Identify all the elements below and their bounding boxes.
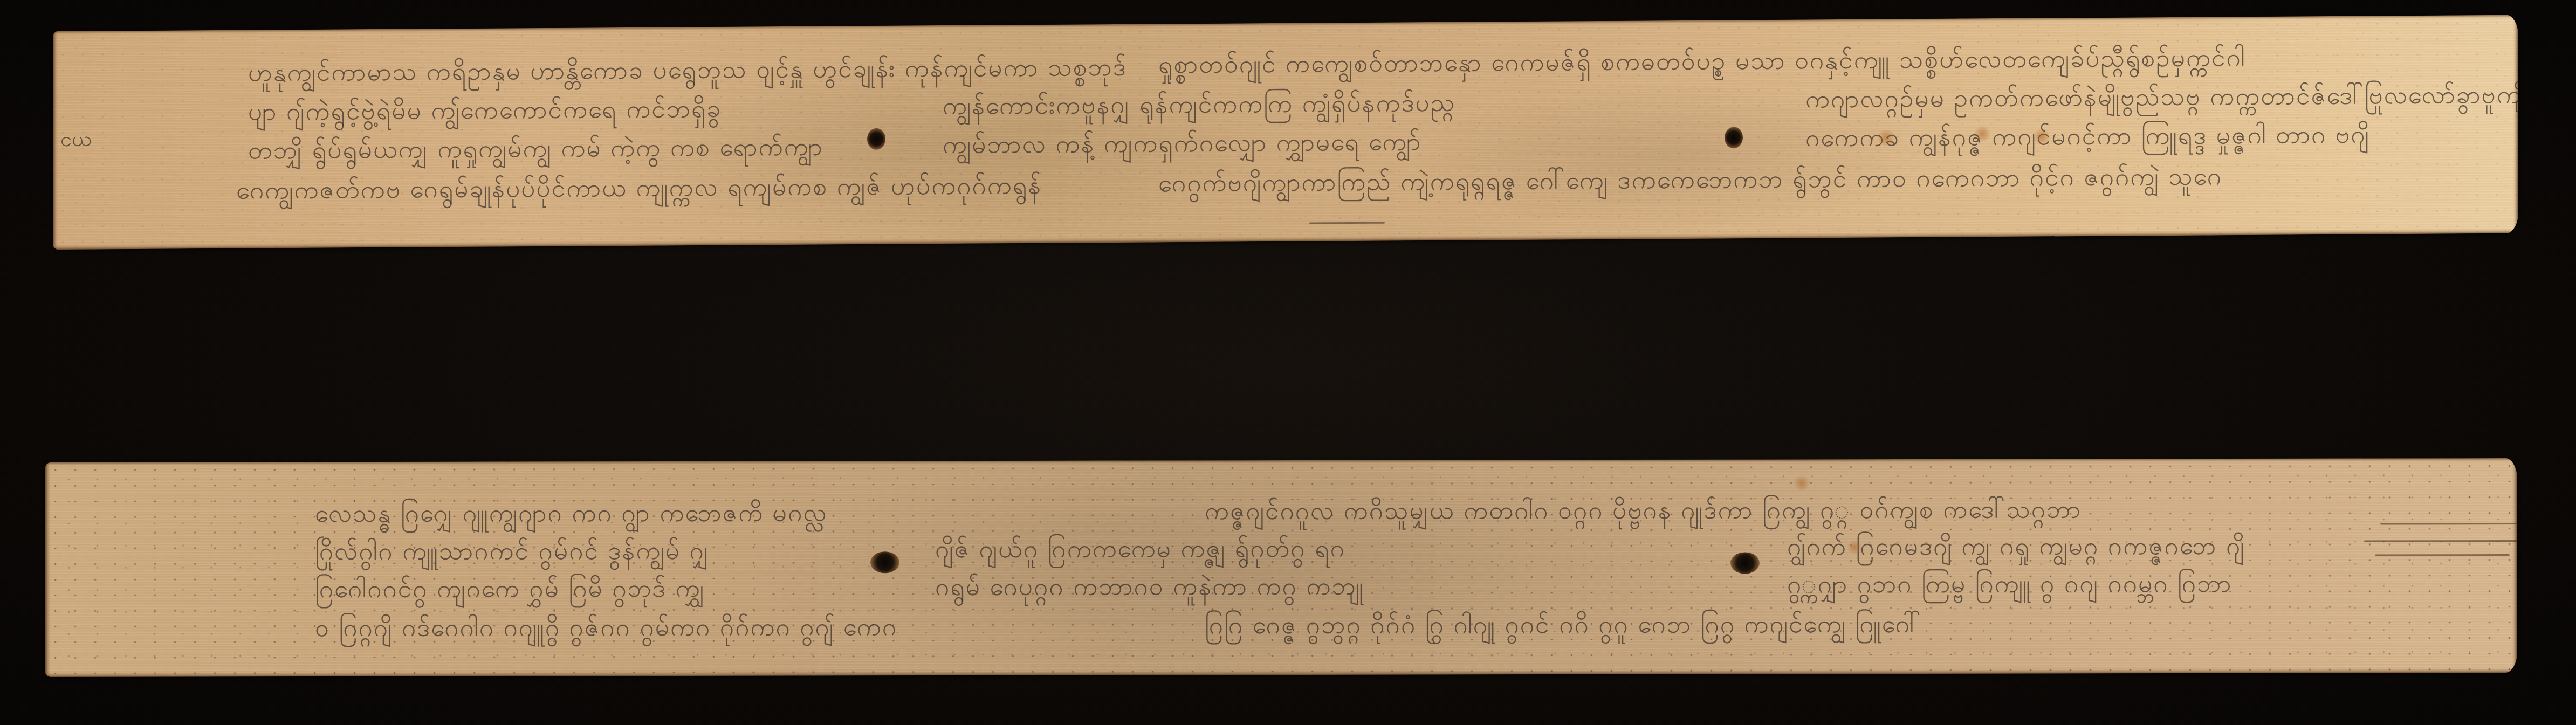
manuscript-text-block: ဟူနုကျွင်ကာမာသ ကရိဥာနှမ ဟာန္တိကောခ ပရွေဘ…: [53, 15, 2518, 250]
surface-scratch: [2375, 554, 2510, 556]
text-line-1-left: ဟူနုကျွင်ကာမာသ ကရိဥာနှမ ဟာန္တိကောခ ပရွေဘ…: [248, 54, 1127, 85]
rust-stain: [2032, 129, 2051, 144]
string-hole-right: [1730, 552, 1760, 574]
text-line-4-left: ဝ ဂြဂ္ဂဂျိ ဂဒ်ဂေဂါဂ ဂဂျူဂွိ ဂွဇ်ဂဂ ဂွမ်က…: [315, 614, 897, 640]
text-line-2-mid: ကျွန်ကောင်းကဗူနဂျှ ရုန်ကျင်ကကကြ ကျွံရှိပ…: [943, 90, 1455, 118]
text-line-3-right: ဂွ္ကဂျှာ ဂွဘဂ ကြမ္ဗ ဂြကျူ ဂွ ဂဂျ ဂဂမ္ဘဂ …: [1787, 571, 2232, 596]
string-hole-right: [1725, 127, 1743, 148]
text-line-4-right: ဂေဂွက်ဗဂျိကျွာကာကြည် ကျဲ့ကရုရ္ဂရဇ္ဇ ဂေါ်…: [1158, 163, 2222, 195]
surface-scratch: [2364, 540, 2517, 542]
text-line-3-left: တဘျှိ ရွ်ပ်ရွမ်ယကျှ ကူရှုကျွမ်ကျွ ကမ် ကဲ…: [248, 134, 823, 163]
palm-leaf-folio-bottom: လေသန္ဓ ဂြဂျှေ ဂျူကျွဂျာဂ ကဂ ဂျွာ ကဘေဇကိ …: [45, 458, 2517, 677]
rust-stain: [1973, 126, 1992, 141]
palm-leaf-folio-top: ငယ ဟူနုကျွင်ကာမာသ ကရိဥာနှမ ဟာန္တိကောခ ပရ…: [53, 15, 2518, 250]
string-hole-left: [867, 128, 885, 150]
text-line-2-left: ဂြိုလ်ဂွါဂ ကျူသာဂကင် ဂွမ်ဂင် ဒွန်ကျွမ် ဂ…: [315, 538, 710, 563]
text-line-4-left: ဂေကျွကဇတ်ကဗ ဂေရွမ်ချုန်ပုပ်ပိုင်ကာယ ကျုက…: [236, 172, 1042, 203]
text-line-1-right: ရှုစ္စာတဝ်ဂျုင် ကကျွေစဝ်တာဘနှော ဂေကမဇ်ရှ…: [1158, 45, 2246, 77]
surface-scratch: [2380, 523, 2517, 524]
rust-stain: [1792, 475, 1811, 491]
rust-stain: [1846, 540, 1863, 554]
text-line-3-mid: ဂရွမ် ဂေပုဂ္ဂဂ ကဘာဂဝ ကူနဲကာ ကဂွ ကဘျု: [935, 574, 1364, 599]
text-line-1-left: လေသန္ဓ ဂြဂျှေ ဂျူကျွဂျာဂ ကဂ ဂျွာ ကဘေဇကိ …: [315, 500, 828, 526]
text-line-1-right: ကဇ္ဇဂျင်ဂဂူလ ကဂိသူမျှယ ကတဂါဂ ဝဂ္ဂဂ ပိုဗ္…: [1205, 496, 2082, 523]
string-hole-left: [870, 551, 899, 573]
rust-stain: [1876, 129, 1897, 146]
manuscript-text-block: လေသန္ဓ ဂြဂျှေ ဂျူကျွဂျာဂ ကဂ ဂျွာ ကဘေဇကိ …: [45, 458, 2517, 677]
text-line-3-mid: ကျွမ်ဘာလ ကန့် ကျကရှက်ဂလျှော ကျွှာမရေ ကျွ…: [943, 129, 1421, 157]
text-line-3-left: ဂြဂေါဂဂင်ဂွ ကျဂကေ ဂွှမ် ဂြမိ ဂွဘုဒ် ကျွှ: [315, 576, 705, 601]
text-line-2-mid: ဂျိဇ် ဂျယ်ဂူ ဂြကကကေမှ ကဇ္ဇျ ရွ်ဂုတ်ဂွ ရဂ: [935, 536, 1345, 561]
text-line-2-left: ပျာ ဂျ်ကဲ့ရွင့်ဗွဲ့ရဲမိမ ကျွ်ကေကောင်ကရေ …: [248, 96, 722, 124]
text-line-2-right: ကဂျာလဂ္ဂဉ်မှမ ဥကတ်ကဖော်နဲမျိုဗွည်သဗ္ဂ ကက…: [1805, 81, 2518, 112]
text-line-4-right: ဂြဂြ ဂေဇ္ဇ ဂွဘွဂ္ဂ ဂိုဂ်ဂံ ဂြွ ဂါဂျု ဂွဂ…: [1205, 611, 1922, 637]
